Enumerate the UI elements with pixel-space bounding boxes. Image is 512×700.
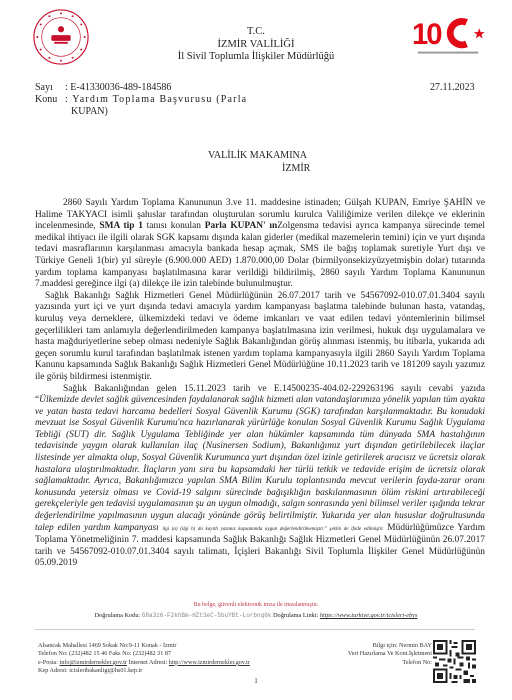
- konu-value-continued: KUPAN): [71, 106, 108, 118]
- website-link[interactable]: http://www.izmirdernekler.gov.tr: [169, 659, 250, 666]
- contact-phone: Telefon No:: [348, 659, 432, 667]
- header-tc: T.C.: [150, 26, 362, 39]
- verify-link[interactable]: https://www.turkiye.gov.tr/icisleri-ebys: [320, 612, 418, 619]
- institution-address: Alsancak Mahallesi 1469 Sokak No:9-11 Ko…: [38, 642, 250, 676]
- contact-info: Bilgi için: Nermin BAY Veri Hazırlama Ve…: [348, 642, 432, 667]
- sayi-value: : E-41330036-489-184586: [65, 82, 171, 93]
- 100-year-anniversary-logo: 10: [410, 14, 488, 60]
- document-date: 27.11.2023: [430, 82, 475, 93]
- svg-text:10: 10: [412, 19, 442, 51]
- paragraph-3: Sağlık Bakanlığından gelen 15.11.2023 ta…: [35, 384, 485, 571]
- contact-title: Veri Hazırlama Ve Kont.İşletmeni: [348, 650, 432, 658]
- header-governorship: İZMİR VALİLİĞİ: [150, 39, 362, 52]
- diagnosis: SMA tip 1: [99, 221, 142, 231]
- phone-fax-line: Telefon No: (232)482 15 46 Faks No: (232…: [38, 650, 250, 658]
- quote-tail: ilgi (a) (ilgi b) da kayıtlı yazımız kap…: [162, 527, 383, 532]
- document-subject: Konu: Yardım Toplama Başvurusu (Parla: [35, 94, 247, 106]
- addressee-city: İZMİR: [208, 163, 310, 176]
- sayi-label: Sayı: [35, 82, 65, 94]
- addressee-office: VALİLİK MAKAMINA: [208, 150, 307, 161]
- verify-link-label: Doğrulama Linki:: [271, 612, 319, 619]
- contact-person: Bilgi için: Nermin BAY: [348, 642, 432, 650]
- header-directorate: İl Sivil Toplumla İlişkiler Müdürlüğü: [150, 51, 362, 64]
- document-page: T.C. İZMİR VALİLİĞİ İl Sivil Toplumla İl…: [0, 0, 512, 700]
- verification-line: Doğrulama Kodu: G8a3z6-F2khBm-HZt3eC-5bu…: [0, 612, 512, 619]
- verify-code: G8a3z6-F2khBm-HZt3eC-5buYBt-Lorbnq6k: [142, 612, 272, 619]
- paragraph-2: Sağlık Bakanlığı Sağlık Hizmetleri Genel…: [35, 291, 485, 384]
- letterhead: T.C. İZMİR VALİLİĞİ İl Sivil Toplumla İl…: [150, 26, 362, 64]
- addressee: VALİLİK MAKAMINA İZMİR: [208, 150, 310, 175]
- verify-code-label: Doğrulama Kodu:: [95, 612, 142, 619]
- seal-icon: [32, 8, 90, 66]
- document-number: Sayı: E-41330036-489-184586: [35, 82, 171, 94]
- konu-value: : Yardım Toplama Başvurusu (Parla: [65, 94, 247, 105]
- kep-address: Kep Adresi: icisleribakanligi@hs01.kep.t…: [38, 667, 250, 675]
- email-web-line: e-Posta: info@izmirdernekler.gov.tr İnte…: [38, 659, 250, 667]
- email-link[interactable]: info@izmirdernekler.gov.tr: [59, 659, 127, 666]
- address-line: Alsancak Mahallesi 1469 Sokak No:9-11 Ko…: [38, 642, 250, 650]
- patient-name: Parla KUPAN' ın: [205, 221, 277, 231]
- page-number: 1: [0, 677, 512, 685]
- footer-divider: [35, 629, 475, 630]
- letter-body: 2860 Sayılı Yardım Toplama Kanununun 3.v…: [35, 198, 485, 570]
- ministry-quote: Ülkemizde devlet sağlık güvencesinden fa…: [35, 395, 485, 533]
- e-signature-note: Bu belge, güvenli elektronik imza ile im…: [0, 602, 512, 608]
- paragraph-1: 2860 Sayılı Yardım Toplama Kanununun 3.v…: [35, 198, 485, 291]
- konu-label: Konu: [35, 94, 65, 106]
